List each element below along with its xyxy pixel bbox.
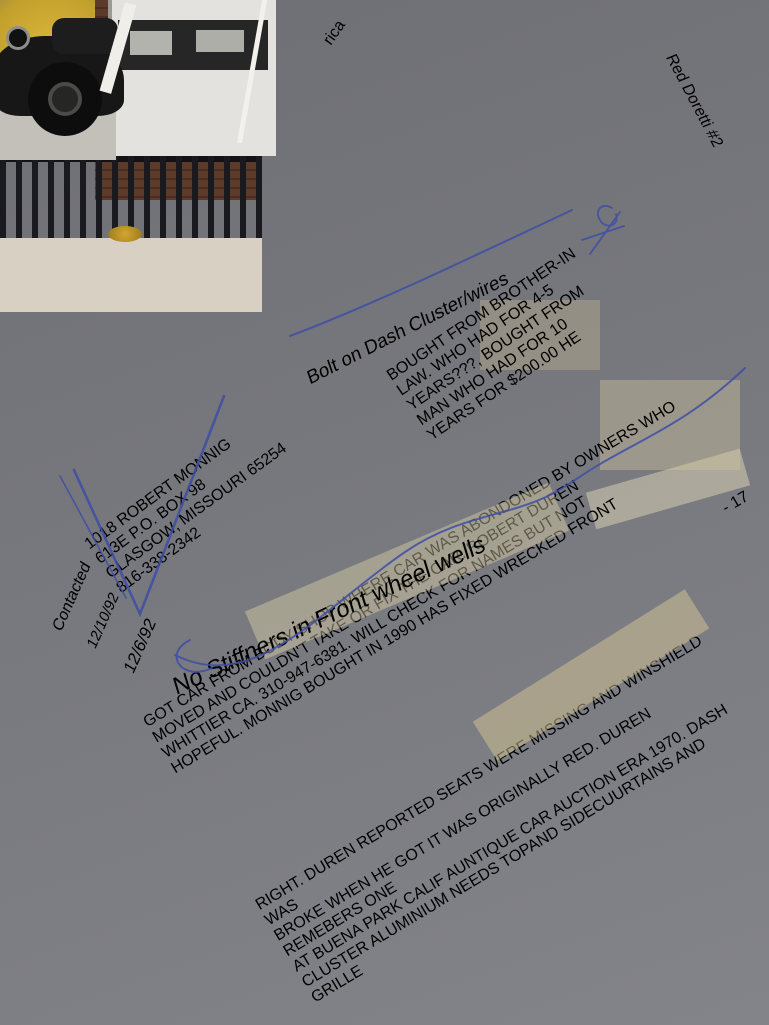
underline-stroke: [290, 210, 572, 336]
flourish-stroke: [175, 368, 745, 665]
archive-photo-scene: ed your' rica MAY 78: [0, 0, 769, 1025]
pen-stroke-overlay: [0, 0, 769, 1025]
check-mark-tail: [60, 476, 126, 598]
ink-scribble: [582, 206, 624, 254]
flourish-loop: [177, 640, 212, 672]
check-mark-stroke: [74, 396, 224, 614]
